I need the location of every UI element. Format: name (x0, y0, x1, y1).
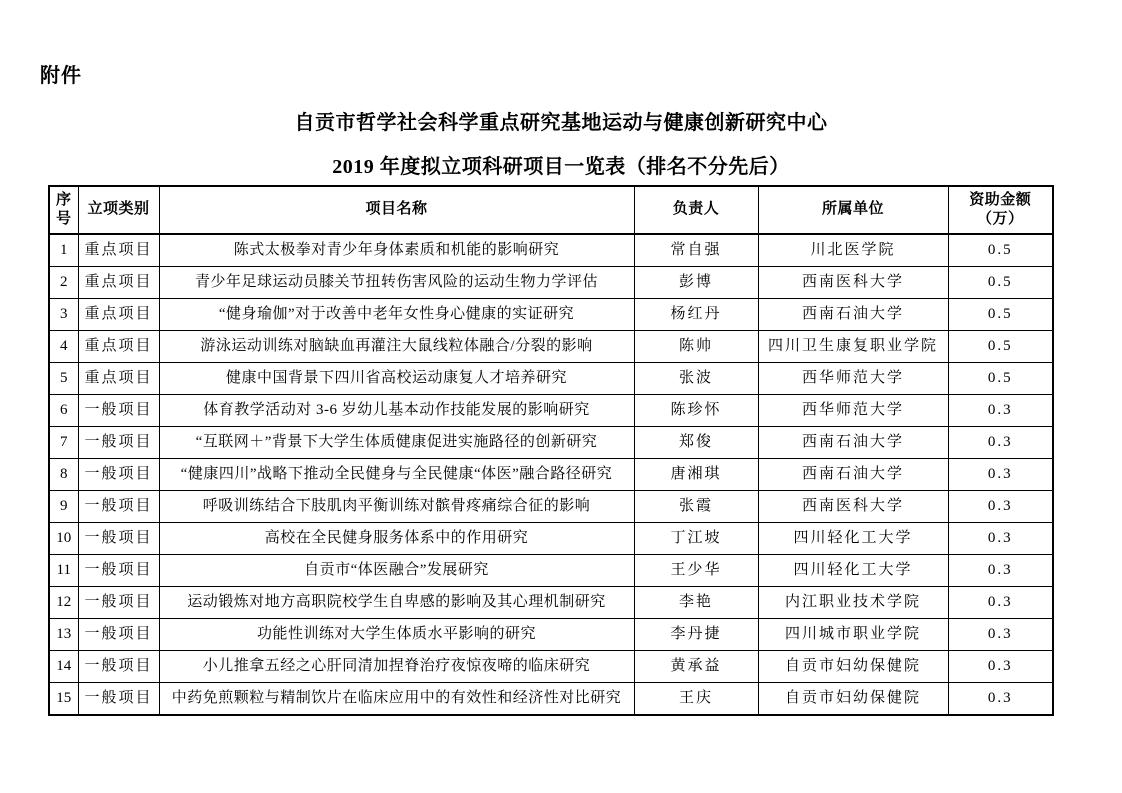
cell-leader: 黄承益 (634, 651, 758, 683)
document-page: 附件 自贡市哲学社会科学重点研究基地运动与健康创新研究中心 2019 年度拟立项… (0, 0, 1122, 793)
table-row: 7一般项目“互联网＋”背景下大学生体质健康促进实施路径的创新研究郑俊西南石油大学… (49, 427, 1053, 459)
cell-amount: 0.3 (948, 459, 1053, 491)
table-row: 1重点项目陈式太极拳对青少年身体素质和机能的影响研究常自强川北医学院0.5 (49, 234, 1053, 267)
cell-category: 一般项目 (78, 459, 159, 491)
cell-amount: 0.5 (948, 331, 1053, 363)
document-title: 自贡市哲学社会科学重点研究基地运动与健康创新研究中心 (0, 106, 1122, 135)
cell-category: 一般项目 (78, 587, 159, 619)
cell-serial: 1 (49, 234, 78, 267)
cell-serial: 2 (49, 267, 78, 299)
table-row: 10一般项目高校在全民健身服务体系中的作用研究丁江坡四川轻化工大学0.3 (49, 523, 1053, 555)
table-row: 6一般项目体育教学活动对 3-6 岁幼儿基本动作技能发展的影响研究陈珍怀西华师范… (49, 395, 1053, 427)
cell-category: 重点项目 (78, 267, 159, 299)
cell-serial: 4 (49, 331, 78, 363)
cell-project-name: 自贡市“体医融合”发展研究 (159, 555, 634, 587)
cell-category: 重点项目 (78, 299, 159, 331)
cell-leader: 唐湘琪 (634, 459, 758, 491)
cell-project-name: 陈式太极拳对青少年身体素质和机能的影响研究 (159, 234, 634, 267)
cell-category: 重点项目 (78, 331, 159, 363)
header-serial: 序号 (49, 186, 78, 234)
document-subtitle: 2019 年度拟立项科研项目一览表（排名不分先后） (0, 150, 1122, 179)
cell-serial: 3 (49, 299, 78, 331)
cell-amount: 0.3 (948, 523, 1053, 555)
cell-leader: 郑俊 (634, 427, 758, 459)
cell-project-name: “健身瑜伽”对于改善中老年女性身心健康的实证研究 (159, 299, 634, 331)
cell-category: 一般项目 (78, 427, 159, 459)
cell-unit: 内江职业技术学院 (758, 587, 948, 619)
cell-amount: 0.3 (948, 619, 1053, 651)
table-row: 9一般项目呼吸训练结合下肢肌肉平衡训练对髌骨疼痛综合征的影响张霞西南医科大学0.… (49, 491, 1053, 523)
cell-leader: 彭博 (634, 267, 758, 299)
projects-table: 序号立项类别项目名称负责人所属单位资助金额（万） 1重点项目陈式太极拳对青少年身… (48, 185, 1054, 716)
cell-amount: 0.3 (948, 395, 1053, 427)
cell-project-name: 游泳运动训练对脑缺血再灌注大鼠线粒体融合/分裂的影响 (159, 331, 634, 363)
cell-amount: 0.3 (948, 427, 1053, 459)
cell-amount: 0.3 (948, 651, 1053, 683)
cell-unit: 西南石油大学 (758, 299, 948, 331)
table-row: 13一般项目功能性训练对大学生体质水平影响的研究李丹捷四川城市职业学院0.3 (49, 619, 1053, 651)
cell-unit: 西南医科大学 (758, 267, 948, 299)
cell-serial: 8 (49, 459, 78, 491)
cell-project-name: 体育教学活动对 3-6 岁幼儿基本动作技能发展的影响研究 (159, 395, 634, 427)
cell-project-name: 健康中国背景下四川省高校运动康复人才培养研究 (159, 363, 634, 395)
cell-serial: 10 (49, 523, 78, 555)
cell-leader: 陈珍怀 (634, 395, 758, 427)
table-row: 8一般项目“健康四川”战略下推动全民健身与全民健康“体医”融合路径研究唐湘琪西南… (49, 459, 1053, 491)
cell-serial: 11 (49, 555, 78, 587)
header-unit: 所属单位 (758, 186, 948, 234)
table-body: 1重点项目陈式太极拳对青少年身体素质和机能的影响研究常自强川北医学院0.52重点… (49, 234, 1053, 715)
table-row: 4重点项目游泳运动训练对脑缺血再灌注大鼠线粒体融合/分裂的影响陈帅四川卫生康复职… (49, 331, 1053, 363)
table-row: 14一般项目小儿推拿五经之心肝同清加捏脊治疗夜惊夜啼的临床研究黄承益自贡市妇幼保… (49, 651, 1053, 683)
cell-category: 一般项目 (78, 619, 159, 651)
table-row: 15一般项目中药免煎颗粒与精制饮片在临床应用中的有效性和经济性对比研究王庆自贡市… (49, 683, 1053, 716)
table-row: 2重点项目青少年足球运动员膝关节扭转伤害风险的运动生物力学评估彭博西南医科大学0… (49, 267, 1053, 299)
cell-leader: 王少华 (634, 555, 758, 587)
cell-unit: 自贡市妇幼保健院 (758, 683, 948, 716)
cell-serial: 13 (49, 619, 78, 651)
cell-unit: 四川卫生康复职业学院 (758, 331, 948, 363)
cell-leader: 常自强 (634, 234, 758, 267)
cell-project-name: 小儿推拿五经之心肝同清加捏脊治疗夜惊夜啼的临床研究 (159, 651, 634, 683)
cell-project-name: “互联网＋”背景下大学生体质健康促进实施路径的创新研究 (159, 427, 634, 459)
cell-project-name: 中药免煎颗粒与精制饮片在临床应用中的有效性和经济性对比研究 (159, 683, 634, 716)
cell-project-name: 功能性训练对大学生体质水平影响的研究 (159, 619, 634, 651)
cell-category: 一般项目 (78, 555, 159, 587)
cell-unit: 四川轻化工大学 (758, 523, 948, 555)
cell-project-name: 青少年足球运动员膝关节扭转伤害风险的运动生物力学评估 (159, 267, 634, 299)
table-row: 3重点项目“健身瑜伽”对于改善中老年女性身心健康的实证研究杨红丹西南石油大学0.… (49, 299, 1053, 331)
cell-project-name: 运动锻炼对地方高职院校学生自卑感的影响及其心理机制研究 (159, 587, 634, 619)
header-leader: 负责人 (634, 186, 758, 234)
cell-serial: 5 (49, 363, 78, 395)
cell-leader: 张霞 (634, 491, 758, 523)
cell-category: 一般项目 (78, 395, 159, 427)
cell-category: 一般项目 (78, 491, 159, 523)
cell-project-name: 高校在全民健身服务体系中的作用研究 (159, 523, 634, 555)
cell-serial: 14 (49, 651, 78, 683)
cell-category: 一般项目 (78, 683, 159, 716)
cell-project-name: “健康四川”战略下推动全民健身与全民健康“体医”融合路径研究 (159, 459, 634, 491)
cell-unit: 四川轻化工大学 (758, 555, 948, 587)
cell-unit: 四川城市职业学院 (758, 619, 948, 651)
cell-unit: 西华师范大学 (758, 363, 948, 395)
cell-serial: 6 (49, 395, 78, 427)
cell-leader: 丁江坡 (634, 523, 758, 555)
table-header-row: 序号立项类别项目名称负责人所属单位资助金额（万） (49, 186, 1053, 234)
cell-unit: 川北医学院 (758, 234, 948, 267)
cell-unit: 西南石油大学 (758, 459, 948, 491)
cell-leader: 李艳 (634, 587, 758, 619)
cell-leader: 陈帅 (634, 331, 758, 363)
cell-leader: 王庆 (634, 683, 758, 716)
cell-category: 一般项目 (78, 651, 159, 683)
cell-serial: 9 (49, 491, 78, 523)
header-amount: 资助金额（万） (948, 186, 1053, 234)
cell-unit: 西华师范大学 (758, 395, 948, 427)
cell-unit: 西南石油大学 (758, 427, 948, 459)
cell-serial: 7 (49, 427, 78, 459)
cell-amount: 0.5 (948, 267, 1053, 299)
cell-amount: 0.3 (948, 491, 1053, 523)
cell-unit: 自贡市妇幼保健院 (758, 651, 948, 683)
cell-amount: 0.5 (948, 299, 1053, 331)
cell-amount: 0.5 (948, 234, 1053, 267)
cell-amount: 0.5 (948, 363, 1053, 395)
cell-amount: 0.3 (948, 683, 1053, 716)
attachment-label: 附件 (40, 59, 82, 88)
header-project-name: 项目名称 (159, 186, 634, 234)
cell-category: 重点项目 (78, 234, 159, 267)
cell-leader: 张波 (634, 363, 758, 395)
table-row: 11一般项目自贡市“体医融合”发展研究王少华四川轻化工大学0.3 (49, 555, 1053, 587)
cell-serial: 12 (49, 587, 78, 619)
cell-leader: 杨红丹 (634, 299, 758, 331)
cell-amount: 0.3 (948, 555, 1053, 587)
header-category: 立项类别 (78, 186, 159, 234)
cell-project-name: 呼吸训练结合下肢肌肉平衡训练对髌骨疼痛综合征的影响 (159, 491, 634, 523)
cell-unit: 西南医科大学 (758, 491, 948, 523)
table-row: 12一般项目运动锻炼对地方高职院校学生自卑感的影响及其心理机制研究李艳内江职业技… (49, 587, 1053, 619)
cell-category: 重点项目 (78, 363, 159, 395)
cell-category: 一般项目 (78, 523, 159, 555)
cell-serial: 15 (49, 683, 78, 716)
cell-leader: 李丹捷 (634, 619, 758, 651)
table-row: 5重点项目健康中国背景下四川省高校运动康复人才培养研究张波西华师范大学0.5 (49, 363, 1053, 395)
cell-amount: 0.3 (948, 587, 1053, 619)
